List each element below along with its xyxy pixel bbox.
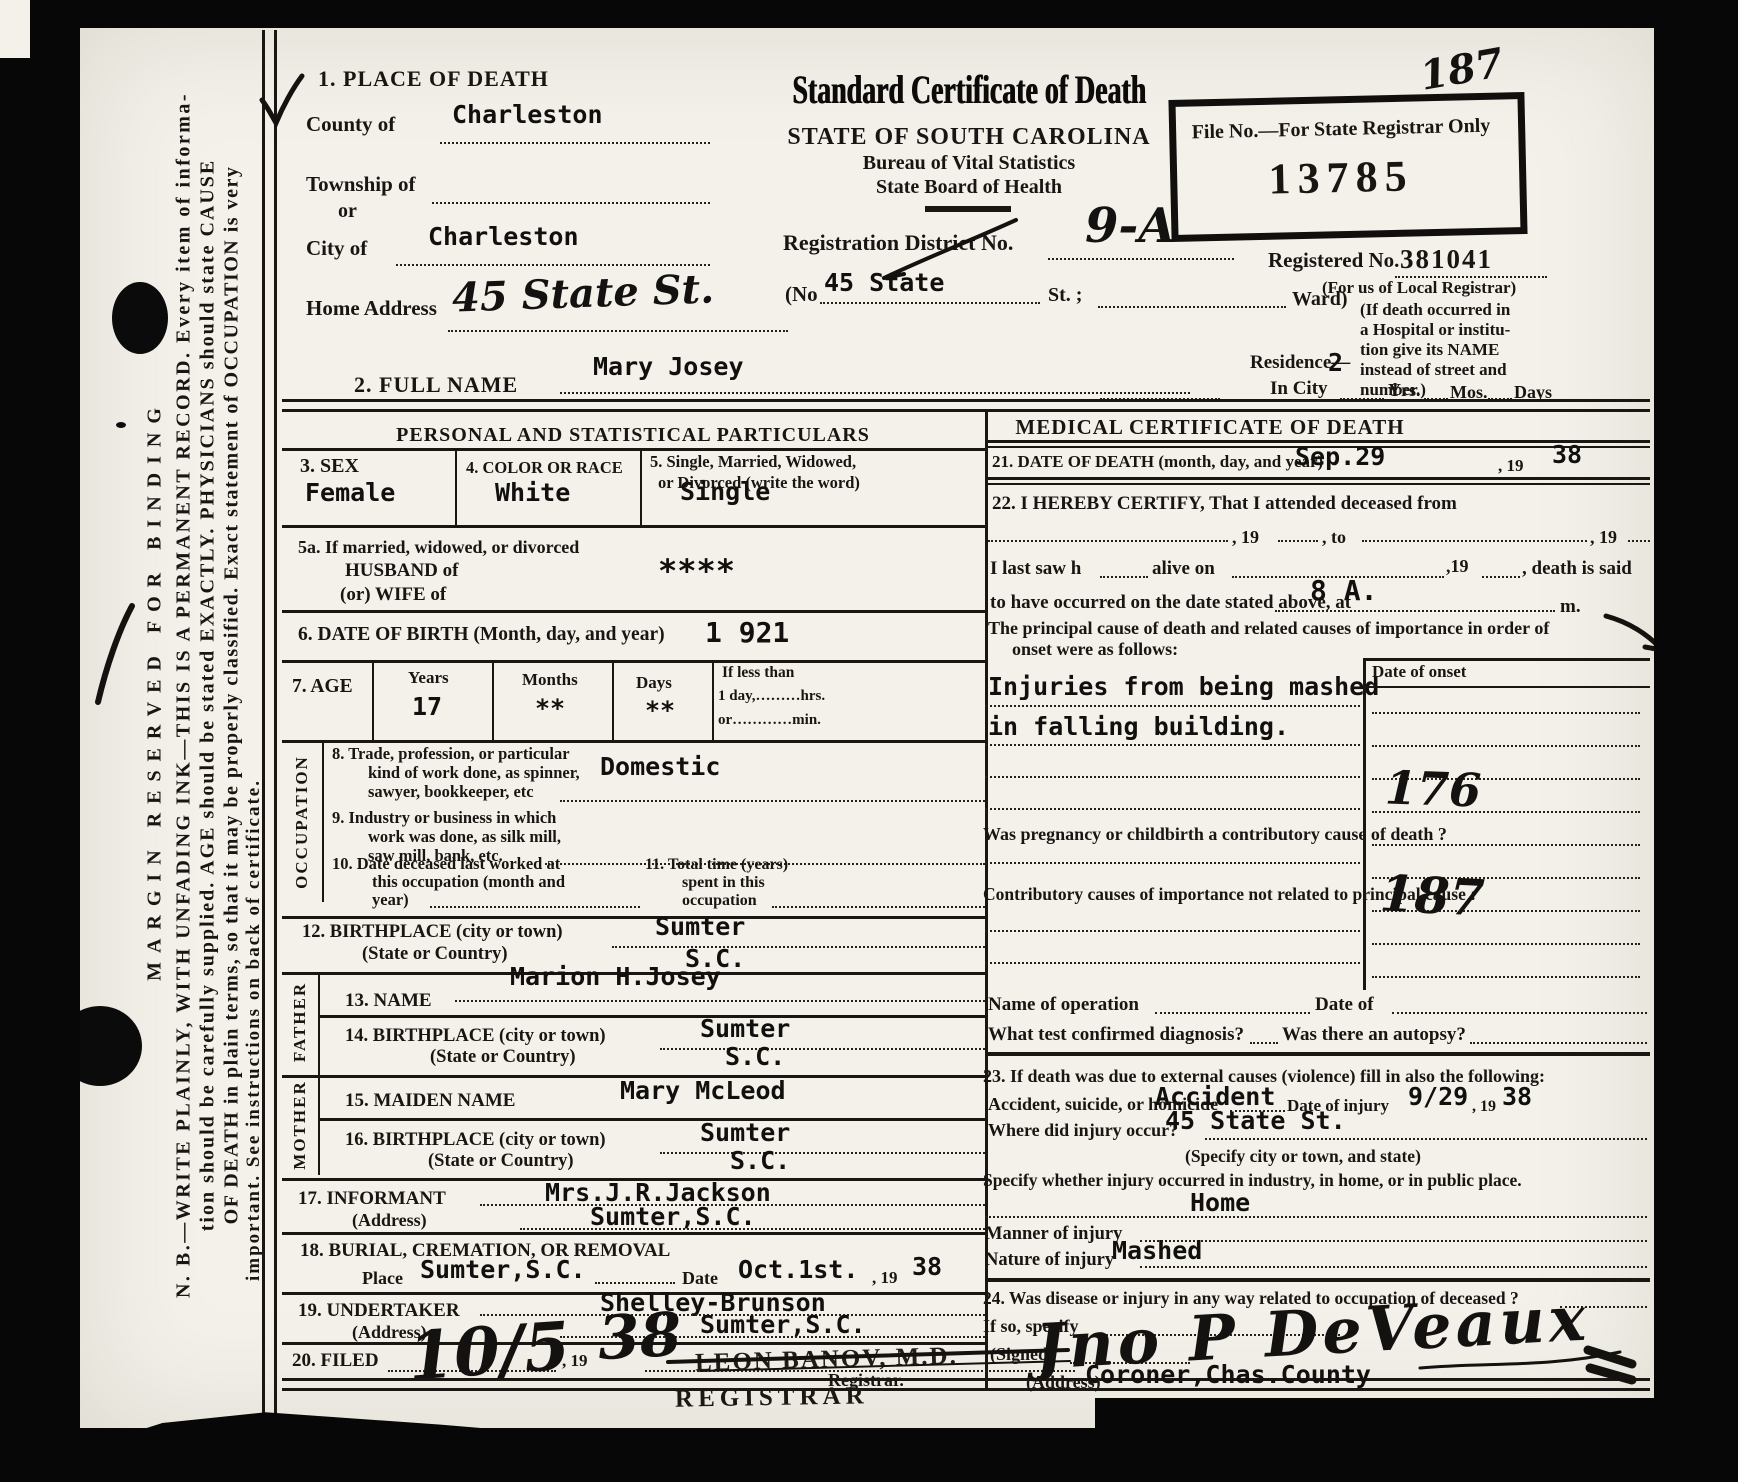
autopsy-dots [1470, 1042, 1647, 1044]
pregnancy-label: Was pregnancy or childbirth a contributo… [983, 824, 1447, 845]
less-than-2: 1 day,………hrs. [718, 688, 825, 705]
m16-state-country: (State or Country) [428, 1151, 574, 1172]
age-label: 7. AGE [292, 676, 353, 698]
or-label: or [338, 200, 357, 223]
u19-address-value: Sumter,S.C. [700, 1310, 866, 1339]
pregnancy-dots [985, 862, 1360, 864]
f14-city-value: Sumter [700, 1014, 790, 1043]
d21-value: Sep.29 [1295, 442, 1385, 471]
personal-header: PERSONAL AND STATISTICAL PARTICULARS [396, 424, 870, 447]
rule [282, 525, 985, 528]
t10-line1: 10. Date deceased last worked at [332, 854, 560, 874]
t11-line3: occupation [682, 892, 757, 910]
father-divider [318, 972, 320, 1075]
i17-address-value: Sumter,S.C. [590, 1202, 756, 1231]
rule [282, 1378, 1650, 1381]
husband-label: HUSBAND of [345, 560, 458, 582]
m15-label: 15. MAIDEN NAME [345, 1090, 515, 1112]
onset-dots9 [1372, 976, 1640, 978]
operation-dots [1155, 1012, 1310, 1014]
margin-note-line2: N. B.—WRITE PLAINLY, WITH UNFADING INK—T… [173, 92, 196, 1298]
city-label: City of [306, 236, 367, 261]
rule [985, 483, 1650, 485]
mother-vertical-label: MOTHER [290, 1080, 310, 1169]
marital-value: Single [680, 477, 770, 506]
onset-dots8 [1372, 943, 1640, 945]
certificate-title: Standard Certificate of Death [792, 69, 1146, 114]
rule-heavy [985, 1278, 1650, 1282]
less-than-1: If less than [722, 664, 794, 682]
autopsy-label: Was there an autopsy? [1282, 1024, 1466, 1046]
f14-state-value: S.C. [725, 1042, 785, 1071]
rule [282, 1232, 985, 1235]
nature-label: Nature of injury [985, 1250, 1114, 1271]
f20-label: 20. FILED [292, 1350, 379, 1372]
occupation-divider [322, 740, 324, 902]
hole-punch-icon [112, 282, 168, 354]
t11-line2: spent in this [682, 874, 765, 892]
test-dots [1250, 1042, 1278, 1044]
m16-city-value: Sumter [700, 1118, 790, 1147]
marital-label-1: 5. Single, Married, Widowed, [650, 452, 856, 472]
manner-dots [1140, 1240, 1647, 1242]
i17-dots2 [520, 1228, 985, 1230]
hospital-note-1: (If death occurred in [1360, 300, 1510, 320]
street-no-value: 45 State [824, 268, 944, 297]
lastsaw-dots1 [1100, 576, 1148, 578]
scan-corner-notch [0, 0, 30, 58]
f13-value: Marion H.Josey [510, 962, 721, 991]
cell-divider [372, 660, 374, 740]
c22-19a: , 19 [1232, 527, 1259, 548]
i17-address-label: (Address) [352, 1210, 427, 1231]
t11-dots [772, 906, 985, 908]
years-header: Years [408, 668, 449, 688]
onset-dots1 [1372, 712, 1640, 714]
cause-dots3 [985, 776, 1360, 778]
bp12-city-value: Sumter [655, 912, 745, 941]
board-line: State Board of Health [876, 176, 1062, 199]
f20-year-value: 38 [596, 1300, 683, 1374]
county-label: County of [306, 112, 395, 137]
cell-divider [712, 660, 714, 740]
death-certificate-scan: MARGIN RESERVED FOR BINDING N. B.—WRITE … [0, 0, 1738, 1482]
state-line: STATE OF SOUTH CAROLINA [787, 124, 1150, 151]
cause-dots4 [985, 808, 1360, 810]
manner-label: Manner of injury [985, 1224, 1122, 1245]
principal-2: onset were as follows: [1012, 639, 1178, 660]
rule [985, 477, 1650, 480]
ward-line [1098, 306, 1286, 308]
t10-line3: year) [372, 890, 409, 910]
where-dots [1205, 1138, 1647, 1140]
rule-heavy [985, 1052, 1650, 1056]
township-line [432, 202, 710, 204]
yrs-label: Yrs. [1388, 380, 1421, 401]
onset-header-rule [1363, 686, 1650, 688]
rule [282, 409, 1650, 412]
hospital-note-3: tion give its NAME [1360, 340, 1499, 360]
scan-border-top [0, 0, 1738, 28]
race-value: White [495, 478, 570, 507]
rule [318, 1015, 985, 1018]
full-name-value: Mary Josey [593, 352, 744, 381]
t9-line1: 9. Industry or business in which [332, 808, 556, 828]
onset-value-1: 176 [1384, 760, 1482, 817]
t10-dots [430, 906, 640, 908]
township-label: Township of [306, 172, 416, 197]
father-vertical-label: FATHER [290, 982, 310, 1062]
t11-line1: 11. Total time (years) [645, 856, 788, 874]
rule [282, 1388, 1650, 1391]
bp12-dots [612, 946, 985, 948]
lastsaw-1: I last saw h [990, 558, 1081, 580]
full-name-label: 2. FULL NAME [354, 372, 518, 398]
full-name-dots [560, 392, 1190, 394]
sex-value: Female [305, 478, 395, 507]
days-value: ** [645, 696, 675, 725]
f14-dots [660, 1048, 985, 1050]
b18-date-label: Date [682, 1268, 718, 1289]
county-line [440, 142, 710, 144]
dob-value: 1 921 [705, 616, 789, 649]
where-value: 45 State St. [1165, 1106, 1346, 1135]
f13-label: 13. NAME [345, 990, 432, 1012]
cell-divider [640, 448, 642, 525]
injury-date-value: 9/29 [1408, 1082, 1468, 1111]
m16-dots [660, 1152, 985, 1154]
margin-rule [262, 30, 265, 1422]
b18-date-value: Oct.1st. [738, 1255, 858, 1284]
lastsaw-19: ,19 [1446, 556, 1469, 577]
less-than-3: or…………min. [718, 712, 821, 729]
t8-dots [560, 800, 985, 802]
m16-state-value: S.C. [730, 1146, 790, 1175]
home-address-label: Home Address [306, 296, 437, 321]
injury-19: , 19 [1472, 1098, 1496, 1116]
f14-state-country: (State or Country) [430, 1047, 576, 1068]
f20-date-value: 10/5 [405, 1306, 572, 1395]
hospital-note-4: instead of street and [1360, 360, 1507, 380]
contrib-dots2 [985, 962, 1360, 964]
days-header: Days [636, 673, 672, 693]
c22-dots3 [1362, 540, 1587, 542]
d21-year: 38 [1552, 440, 1582, 469]
residence-value: 2 [1328, 348, 1343, 377]
rule [282, 610, 985, 613]
t8-line3: sawyer, bookkeeper, etc [368, 782, 534, 802]
months-header: Months [522, 670, 578, 690]
specify-city-label: (Specify city or town, and state) [1185, 1146, 1421, 1167]
lastsaw-3: , death is said [1522, 558, 1632, 580]
place-of-death-title: 1. PLACE OF DEATH [318, 66, 549, 92]
occurred-dots [1275, 610, 1555, 612]
margin-note-line3: tion should be carefully supplied. AGE s… [197, 159, 220, 1232]
spouse-value: **** [658, 552, 735, 590]
where-label: Where did injury occur? [988, 1120, 1178, 1141]
d21-label: 21. DATE OF DEATH (month, day, and year) [992, 452, 1323, 472]
scan-tear-bottom-right [1095, 1398, 1738, 1482]
rule [282, 399, 1650, 402]
street-no-label: (No [785, 282, 818, 307]
street-no-line [820, 302, 1040, 304]
margin-rule [274, 30, 277, 1422]
st-label: St. ; [1048, 284, 1082, 307]
registered-no-sub: (For us of Local Registrar) [1322, 278, 1516, 298]
home-address-line [448, 330, 788, 332]
medical-header: MEDICAL CERTIFICATE OF DEATH [1015, 415, 1404, 440]
s5a-label: 5a. If married, widowed, or divorced [298, 537, 579, 558]
f14-label: 14. BIRTHPLACE (city or town) [345, 1026, 606, 1047]
scan-border-left [0, 0, 80, 1482]
c22-19b: , 19 [1590, 527, 1617, 548]
c22-to: , to [1322, 527, 1346, 548]
cause-dots2 [985, 744, 1360, 746]
m15-value: Mary McLeod [620, 1076, 786, 1105]
rule [318, 1118, 985, 1121]
onset-box-top [1363, 658, 1650, 661]
bp12-state-country: (State or Country) [362, 944, 508, 965]
d21-19: , 19 [1498, 456, 1524, 476]
cause-line2: in falling building. [988, 712, 1289, 741]
f13-dots [455, 1000, 985, 1002]
years-value: 17 [412, 692, 442, 721]
c22-label: 22. I HEREBY CERTIFY, That I attended de… [992, 493, 1457, 515]
cell-divider [455, 448, 457, 525]
c22-dots4 [1628, 540, 1650, 542]
months-value: ** [535, 694, 565, 723]
dob-label: 6. DATE OF BIRTH (Month, day, and year) [298, 624, 665, 646]
scan-border-right [1654, 0, 1738, 1482]
rule [282, 448, 985, 451]
principal-1: The principal cause of death and related… [988, 618, 1549, 639]
sex-label: 3. SEX [300, 455, 359, 478]
registration-district-value: 9-A [1085, 198, 1176, 254]
specify-dots [985, 1216, 1647, 1218]
file-no-value: 13785 [1268, 150, 1414, 204]
bp12-label: 12. BIRTHPLACE (city or town) [302, 922, 563, 943]
cause-line1: Injuries from being mashed [988, 672, 1379, 701]
onset-dots5 [1372, 844, 1640, 846]
onset-dots2 [1372, 745, 1640, 747]
operation-date-dots [1392, 1012, 1647, 1014]
registered-no-value: 381041 [1400, 244, 1493, 275]
rule [282, 740, 985, 743]
b18-place-label: Place [362, 1268, 403, 1289]
t8-line2: kind of work done, as spinner, [368, 763, 580, 783]
specify-where-label: Specify whether injury occurred in indus… [983, 1170, 1522, 1191]
home-address-value: 45 State St. [451, 265, 714, 321]
t9-line2: work was done, as silk mill, [368, 827, 561, 847]
t10-line2: this occupation (month and [372, 872, 565, 892]
cell-divider [612, 660, 614, 740]
cause-dots1 [985, 705, 1360, 707]
b18-place-value: Sumter,S.C. [420, 1255, 586, 1284]
b18-19-label: , 19 [872, 1268, 898, 1288]
test-label: What test confirmed diagnosis? [988, 1024, 1244, 1046]
county-value: Charleston [452, 100, 603, 129]
b18-year-value: 38 [912, 1252, 942, 1281]
i17-label: 17. INFORMANT [298, 1188, 446, 1210]
mother-divider [318, 1075, 320, 1175]
city-line [396, 264, 710, 266]
hospital-note-2: a Hospital or institu- [1360, 320, 1510, 340]
operation-date-label: Date of [1315, 994, 1374, 1016]
c22-dots2 [1278, 540, 1318, 542]
t8-value: Domestic [600, 752, 720, 781]
margin-note-line4: OF DEATH in plain terms, so that it may … [221, 166, 244, 1225]
onset-header: Date of onset [1372, 662, 1466, 682]
cell-divider [492, 660, 494, 740]
registration-district-line [1048, 258, 1234, 260]
onset-box-left [1363, 660, 1366, 990]
bureau-line: Bureau of Vital Statistics [863, 152, 1075, 175]
occupation-vertical-label: OCCUPATION [292, 755, 312, 889]
injury-year: 38 [1502, 1082, 1532, 1111]
city-value: Charleston [428, 222, 579, 251]
m16-label: 16. BIRTHPLACE (city or town) [345, 1130, 606, 1151]
specify-value: Home [1190, 1188, 1250, 1217]
c22-dots1 [988, 540, 1228, 542]
lastsaw-dots3 [1482, 576, 1520, 578]
margin-binding-note: MARGIN RESERVED FOR BINDING [144, 399, 167, 981]
sig-address-value: Coroner,Chas.County [1085, 1360, 1371, 1389]
registered-no-label: Registered No. [1268, 248, 1399, 273]
registration-district-label: Registration District No. [783, 230, 1013, 256]
operation-label: Name of operation [988, 994, 1139, 1016]
occurred-value: 8 A. [1310, 574, 1377, 607]
onset-value-2: 187 [1379, 863, 1486, 927]
nature-dots [1140, 1266, 1647, 1268]
t8-line1: 8. Trade, profession, or particular [332, 744, 570, 764]
wife-label: (or) WIFE of [340, 584, 446, 606]
heading-bar [925, 206, 1011, 212]
lastsaw-2: alive on [1152, 558, 1215, 580]
scan-speck [116, 422, 126, 428]
nature-value: Mashed [1112, 1236, 1202, 1265]
rule [282, 916, 985, 919]
occurred-m: m. [1560, 596, 1581, 618]
in-city-label: In City [1270, 378, 1328, 400]
contrib-dots1 [985, 930, 1360, 932]
b18-dots1 [595, 1282, 675, 1284]
rule [282, 660, 985, 663]
race-label: 4. COLOR OR RACE [466, 458, 623, 478]
